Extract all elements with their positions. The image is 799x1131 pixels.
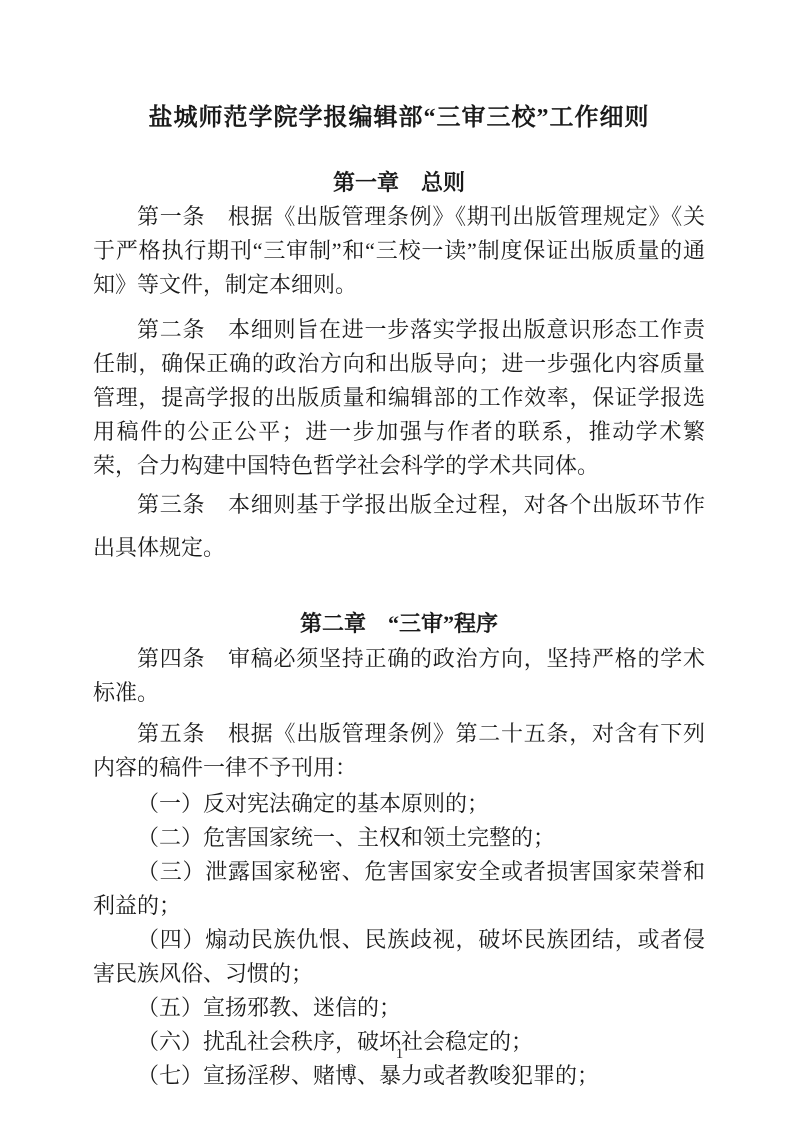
- prohibited-item-7: （七）宣扬淫秽、赌博、暴力或者教唆犯罪的；: [93, 1059, 705, 1093]
- prohibited-item-1: （一）反对宪法确定的基本原则的；: [93, 787, 705, 821]
- article-2-paragraph: 第二条 本细则旨在进一步落实学报出版意识形态工作责任制，确保正确的政治方向和出版…: [93, 313, 705, 483]
- article-1-paragraph: 第一条 根据《出版管理条例》《期刊出版管理规定》《关于严格执行期刊“三审制”和“…: [93, 200, 705, 302]
- article-3-paragraph: 第三条 本细则基于学报出版全过程，对各个出版环节作出具体规定。: [93, 483, 705, 569]
- prohibited-item-4: （四）煽动民族仇恨、民族歧视，破坏民族团结，或者侵害民族风俗、习惯的；: [93, 923, 705, 991]
- prohibited-item-5: （五）宣扬邪教、迷信的；: [93, 991, 705, 1025]
- article-4-paragraph: 第四条 审稿必须坚持正确的政治方向，坚持严格的学术标准。: [93, 642, 705, 710]
- document-content: 盐城师范学院学报编辑部“三审三校”工作细则 第一章 总则 第一条 根据《出版管理…: [93, 0, 705, 1093]
- article-5-paragraph: 第五条 根据《出版管理条例》第二十五条，对含有下列内容的稿件一律不予刊用：: [93, 717, 705, 785]
- chapter-1-heading: 第一章 总则: [93, 166, 705, 200]
- page-number: 1: [0, 1044, 799, 1064]
- prohibited-item-3: （三）泄露国家秘密、危害国家安全或者损害国家荣誉和利益的；: [93, 855, 705, 923]
- document-page: 盐城师范学院学报编辑部“三审三校”工作细则 第一章 总则 第一条 根据《出版管理…: [0, 0, 799, 1131]
- document-title: 盐城师范学院学报编辑部“三审三校”工作细则: [93, 102, 705, 134]
- prohibited-item-2: （二）危害国家统一、主权和领土完整的；: [93, 821, 705, 855]
- chapter-2-heading: 第二章 “三审”程序: [93, 607, 705, 641]
